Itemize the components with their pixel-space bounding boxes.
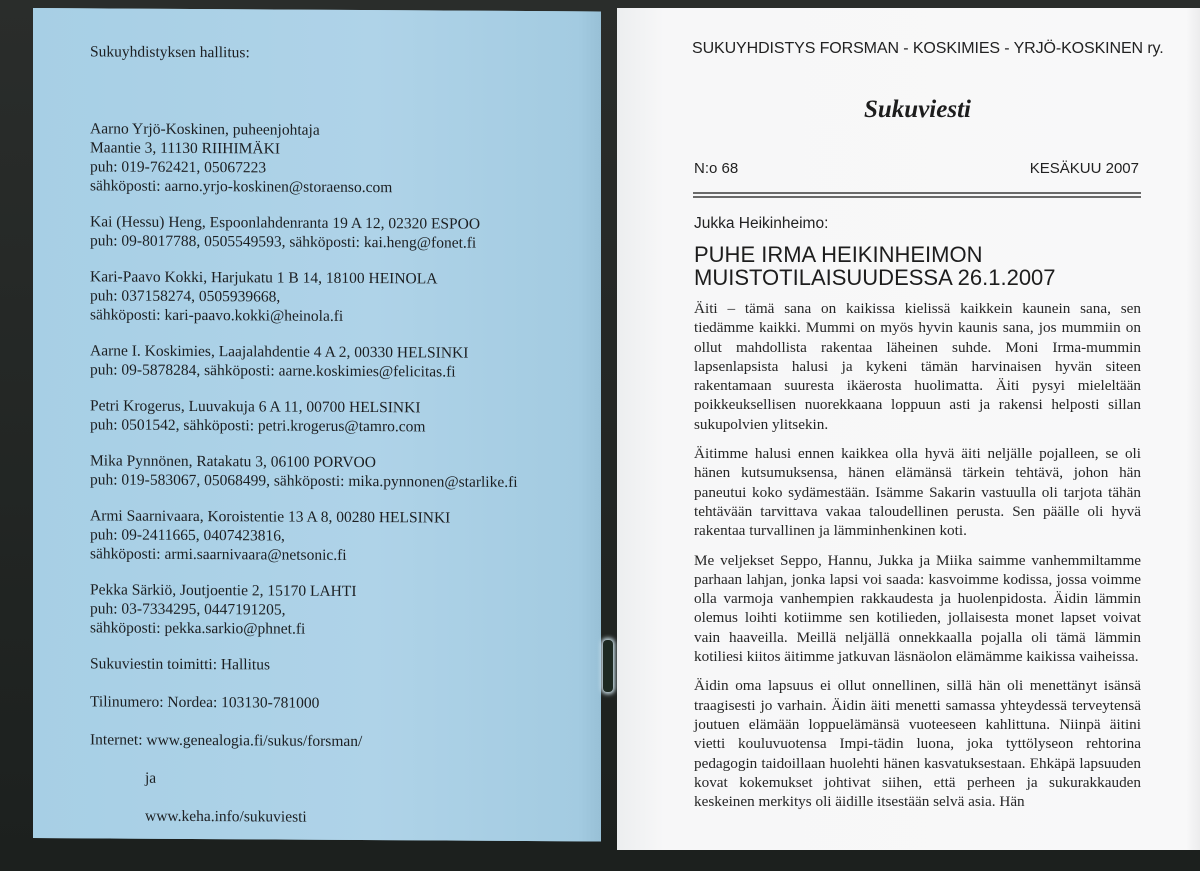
member-line: sähköposti: armi.saarnivaara@netsonic.fi — [90, 544, 590, 566]
issue-number: N:o 68 — [694, 160, 738, 177]
board-member: Armi Saarnivaara, Koroistentie 13 A 8, 0… — [90, 506, 590, 566]
right-page: SUKUYHDISTYS FORSMAN - KOSKIMIES - YRJÖ-… — [617, 8, 1200, 850]
spine-tear — [603, 640, 613, 692]
title-line: PUHE IRMA HEIKINHEIMON — [694, 243, 1141, 266]
article-author: Jukka Heikinheimo: — [694, 215, 1141, 233]
website-link-2: www.keha.info/sukuviesti — [90, 806, 590, 828]
editor-credit: Sukuviestin toimitti: Hallitus — [90, 654, 590, 676]
board-heading: Sukuyhdistyksen hallitus: — [90, 42, 590, 64]
conjunction-text: ja — [90, 768, 590, 790]
article-title: PUHE IRMA HEIKINHEIMON MUISTOTILAISUUDES… — [694, 243, 1141, 289]
article-paragraph: Äidin oma lapsuus ei ollut onnellinen, s… — [694, 676, 1141, 811]
issue-info: N:o 68 KESÄKUU 2007 — [694, 160, 1141, 177]
member-line: sähköposti: pekka.sarkio@phnet.fi — [90, 618, 590, 640]
board-contact-list: Sukuyhdistyksen hallitus: Aarno Yrjö-Kos… — [90, 30, 590, 847]
double-rule-divider — [693, 192, 1141, 198]
article-paragraph: Me veljekset Seppo, Hannu, Jukka ja Miik… — [694, 551, 1141, 667]
member-line: puh: 09-5878284, sähköposti: aarne.koski… — [90, 360, 590, 382]
board-member: Mika Pynnönen, Ratakatu 3, 06100 PORVOO … — [90, 451, 590, 492]
member-line: sähköposti: aarno.yrjo-koskinen@storaens… — [90, 176, 590, 198]
member-line: sähköposti: kari-paavo.kokki@heinola.fi — [90, 305, 590, 327]
left-page: Sukuyhdistyksen hallitus: Aarno Yrjö-Kos… — [33, 8, 601, 841]
article-paragraph: Äiti – tämä sana on kaikissa kielissä ka… — [694, 299, 1141, 434]
title-line: MUISTOTILAISUUDESSA 26.1.2007 — [694, 266, 1141, 289]
member-line: puh: 0501542, sähköposti: petri.krogerus… — [90, 415, 590, 437]
bank-account: Tilinumero: Nordea: 103130-781000 — [90, 692, 590, 714]
newsletter-masthead: Sukuviesti — [694, 96, 1141, 124]
article-paragraph: Äitimme halusi ennen kaikkea olla hyvä ä… — [694, 444, 1141, 540]
board-member: Kai (Hessu) Heng, Espoonlahdenranta 19 A… — [90, 212, 590, 253]
board-member: Petri Krogerus, Luuvakuja 6 A 11, 00700 … — [90, 396, 590, 437]
website-link: Internet: www.genealogia.fi/sukus/forsma… — [90, 730, 590, 752]
member-line: puh: 019-583067, 05068499, sähköposti: m… — [90, 470, 590, 492]
member-line: puh: 09-8017788, 0505549593, sähköposti:… — [90, 231, 590, 253]
association-name: SUKUYHDISTYS FORSMAN - KOSKIMIES - YRJÖ-… — [692, 40, 1141, 58]
board-member: Aarno Yrjö-Koskinen, puheenjohtaja Maant… — [90, 119, 590, 198]
page-edge-shadow — [1186, 8, 1200, 850]
issue-date: KESÄKUU 2007 — [1030, 160, 1139, 177]
newsletter-content: SUKUYHDISTYS FORSMAN - KOSKIMIES - YRJÖ-… — [694, 40, 1141, 821]
board-member: Aarne I. Koskimies, Laajalahdentie 4 A 2… — [90, 341, 590, 382]
board-member: Kari-Paavo Kokki, Harjukatu 1 B 14, 1810… — [90, 267, 590, 327]
board-member: Pekka Särkiö, Joutjoentie 2, 15170 LAHTI… — [90, 580, 590, 640]
